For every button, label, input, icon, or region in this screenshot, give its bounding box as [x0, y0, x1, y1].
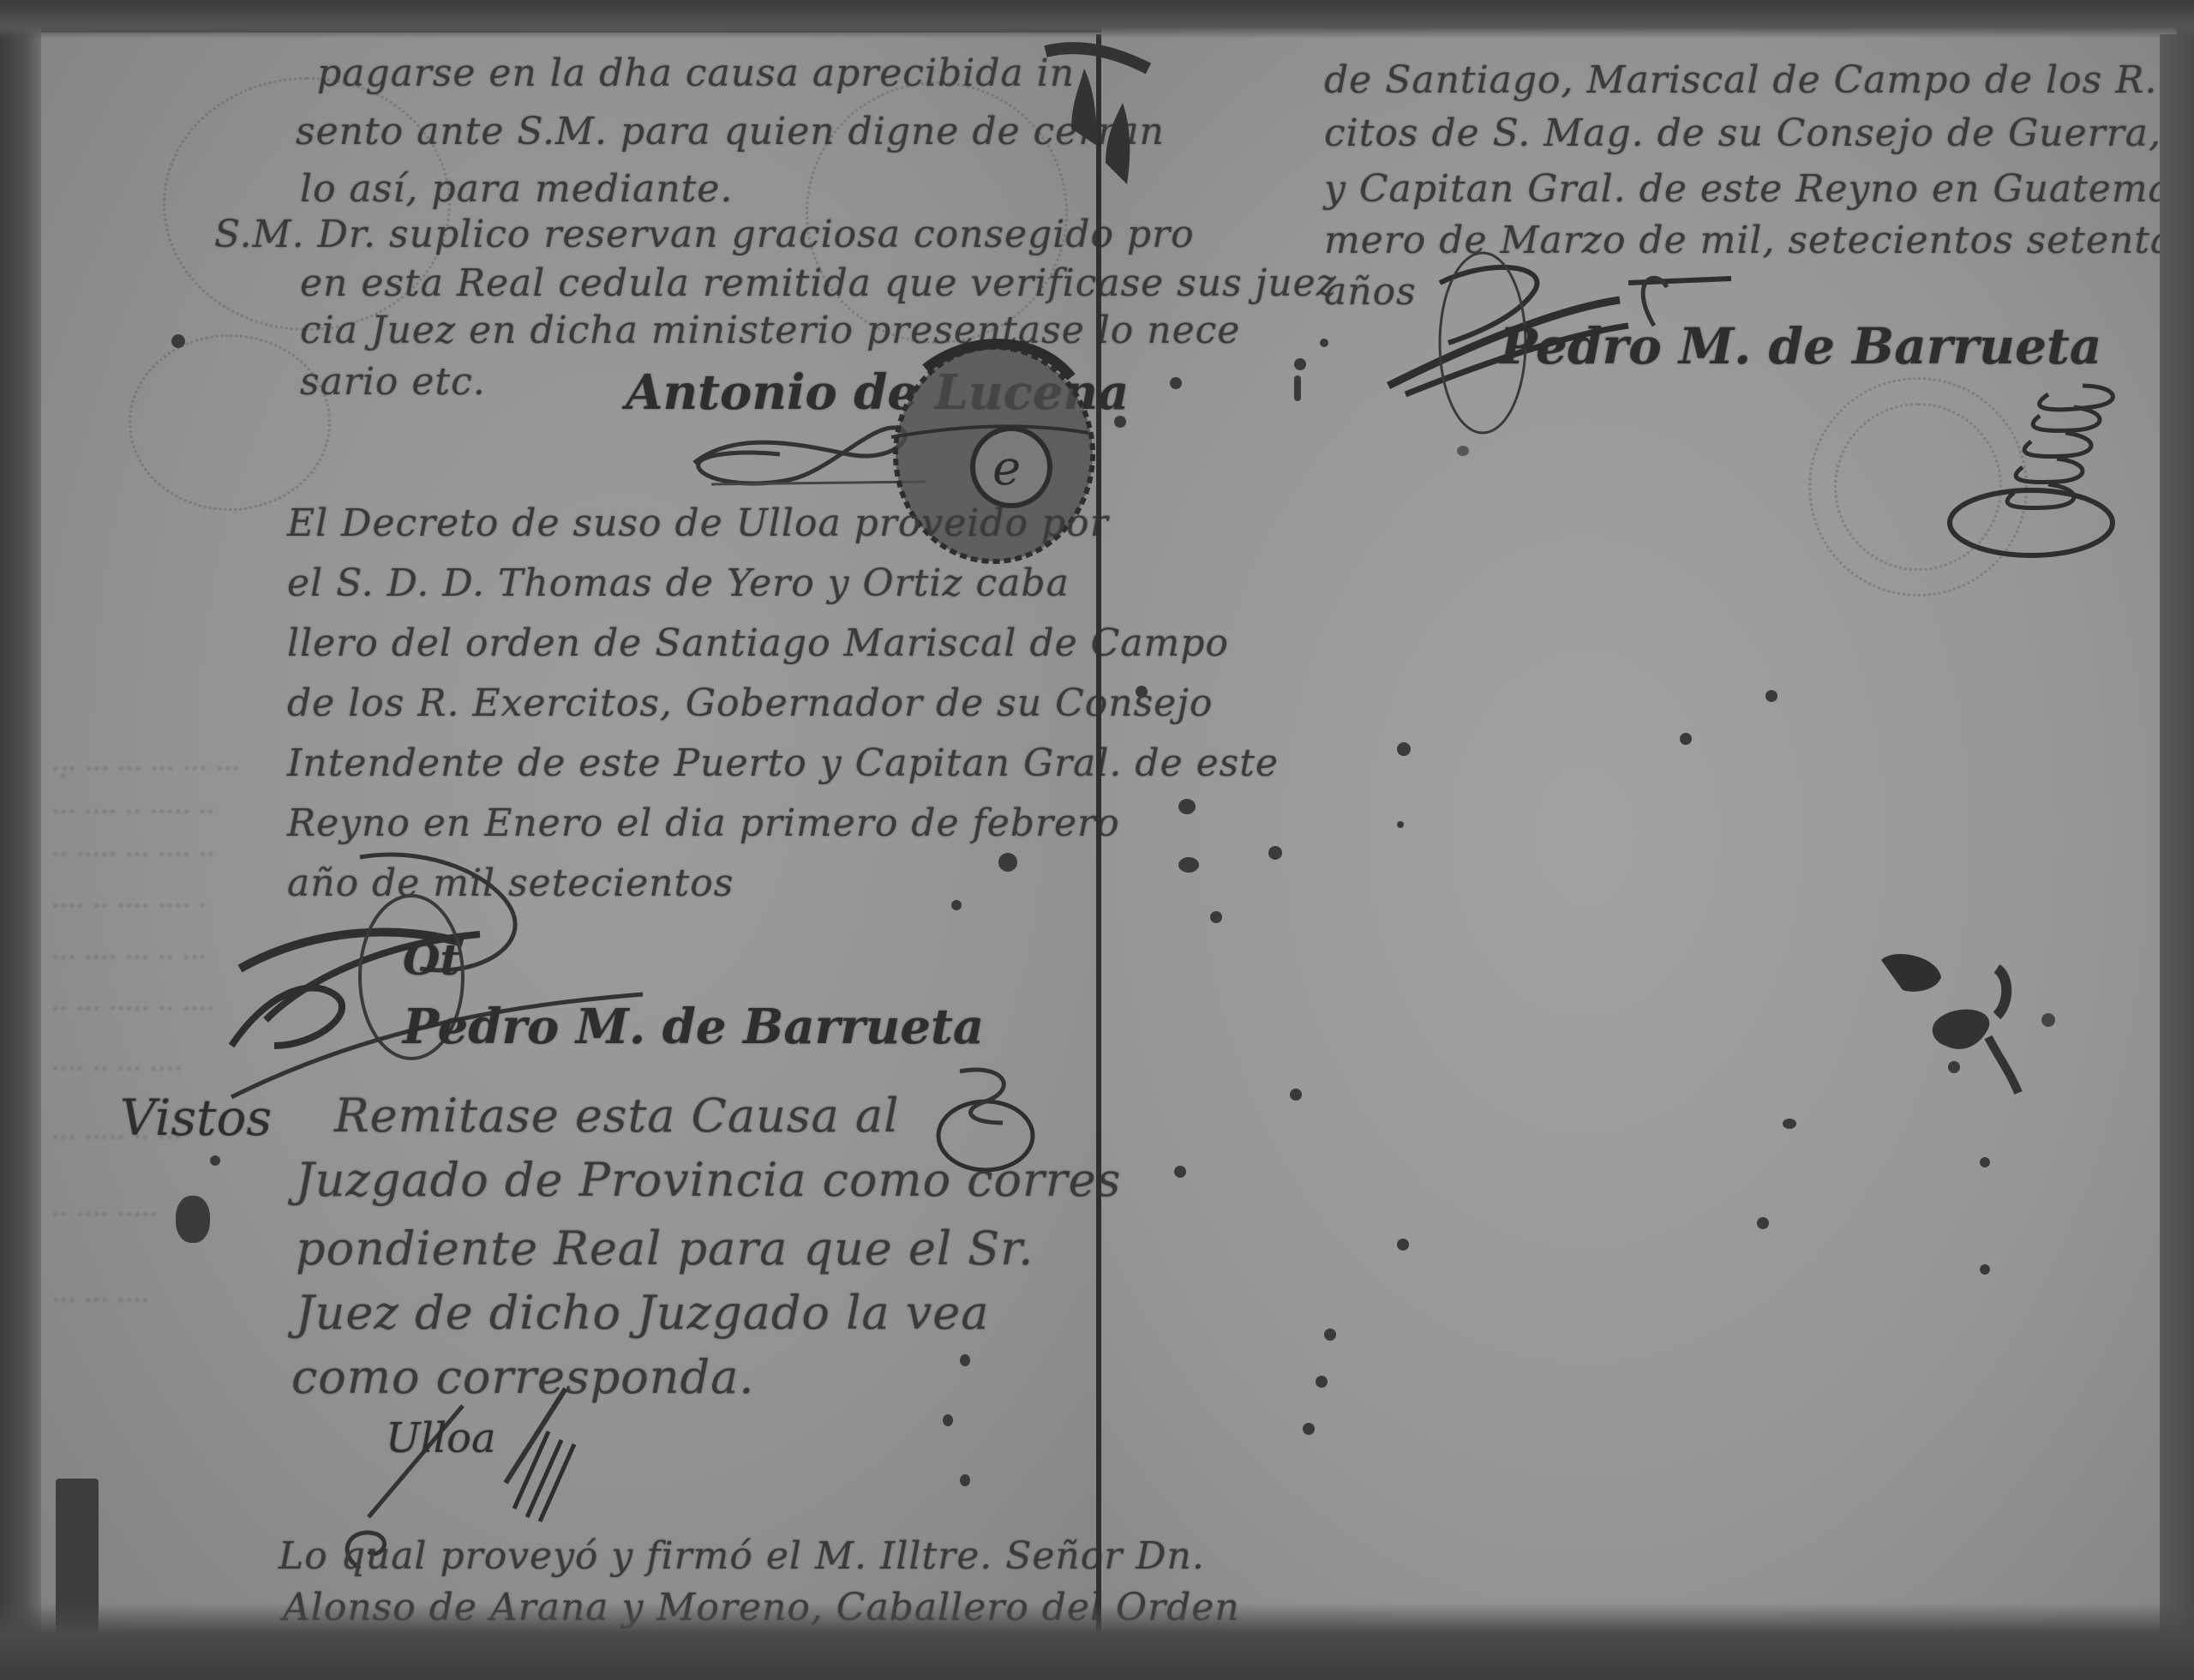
ink-spot	[960, 1474, 970, 1486]
signature-mark: Ot	[403, 934, 460, 985]
bleed-through-text: ·:· ··· ··· ··· ··· ···	[51, 754, 240, 784]
text-line: citos de S. Mag. de su Consejo de Guerra…	[1324, 111, 2194, 155]
text-line: Intendente de este Puerto y Capitan Gral…	[287, 741, 1279, 785]
book-edge-left	[0, 0, 41, 1680]
text-line: Lo qual proveyó y firmó el M. Illtre. Se…	[279, 1534, 1205, 1578]
ink-spot	[1178, 799, 1196, 814]
ink-spot	[960, 1354, 970, 1366]
text-line: Reyno en Enero el dia primero de febrero	[287, 801, 1120, 845]
bleed-through-text: ···· ·· ··· ····	[51, 1054, 183, 1084]
ink-spot	[1114, 416, 1126, 428]
text-line: y Capitan Gral. de este Reyno en Guatema…	[1324, 167, 2194, 211]
top-shadow	[0, 0, 2194, 39]
text-line: en esta Real cedula remitida que verific…	[300, 261, 1337, 305]
signature-pedro-right: Pedro M. de Barrueta	[1500, 317, 2101, 375]
ink-spot	[1757, 1217, 1769, 1229]
ink-spot	[1680, 733, 1692, 745]
ink-spot	[1397, 821, 1404, 828]
ink-spot	[1210, 911, 1222, 923]
bleed-through-text: ··· ···· ··· ·· ···	[51, 943, 207, 973]
ink-spot	[1457, 446, 1469, 456]
ink-spot	[1980, 1157, 1990, 1167]
ink-spot	[943, 1414, 953, 1426]
text-line: el S. D. D. Thomas de Yero y Ortiz caba	[287, 561, 1070, 605]
text-line: pondiente Real para que el Sr.	[296, 1221, 1034, 1275]
ink-spot	[1765, 690, 1777, 702]
text-line: pagarse en la dha causa aprecibida in	[317, 51, 1075, 95]
text-line: lo así, para mediante.	[300, 167, 733, 211]
ink-spot	[210, 1155, 220, 1166]
text-line: sento ante S.M. para quien digne de cerr…	[296, 110, 1165, 153]
text-line: sario etc.	[300, 360, 486, 404]
signature-ulloa: Ulloa	[386, 1414, 496, 1462]
text-line: llero del orden de Santiago Mariscal de …	[287, 621, 1229, 665]
text-line: Juez de dicho Juzgado la vea	[296, 1286, 989, 1340]
svg-text:e: e	[992, 441, 1021, 496]
ink-spot	[1980, 1264, 1990, 1275]
ink-spot	[1320, 339, 1328, 347]
ink-spot	[1294, 358, 1306, 370]
bleed-through-text: ·· ··· ····· ·· ····	[51, 994, 215, 1024]
ink-spot	[1170, 377, 1182, 389]
bottom-shadow	[0, 1603, 2194, 1680]
ink-spot	[1397, 742, 1411, 756]
ink-blot-icon	[1868, 943, 2040, 1097]
ink-spot	[1174, 1166, 1186, 1178]
ink-spot	[1136, 686, 1148, 698]
rubric-flourish-icon	[214, 849, 728, 1123]
fold-ink-smudge-icon	[1046, 17, 1148, 189]
ink-spot	[1324, 1329, 1336, 1341]
bleed-through-text: ·· ···· ·····	[51, 1200, 158, 1230]
text-line: S.M. Dr. suplico reservan graciosa conse…	[214, 213, 1195, 256]
text-line: Juzgado de Provincia como corres	[296, 1153, 1121, 1207]
text-line: de los R. Exercitos, Gobernador de su Co…	[287, 681, 1213, 725]
ink-spot	[171, 334, 185, 348]
page-fold	[1096, 34, 1101, 1646]
bleed-through-text: ··· ··· ····	[51, 1286, 149, 1316]
ink-spot	[1290, 1089, 1302, 1101]
book-edge-right	[2160, 34, 2194, 1646]
ink-spot	[1397, 1239, 1409, 1251]
ink-spot	[1316, 1376, 1328, 1388]
ink-spot	[998, 853, 1017, 872]
ink-spot	[1294, 375, 1301, 401]
heading-vistos: Vistos	[120, 1089, 272, 1147]
spiral-paraph-icon	[1928, 369, 2143, 574]
ink-spot	[951, 900, 962, 910]
ink-blot	[176, 1196, 210, 1243]
text-line: Remitase esta Causa al	[334, 1089, 899, 1143]
bleed-through-text: ··· ···· ·· ····· ··	[51, 797, 215, 827]
text-line: de Santiago, Mariscal de Campo de los R.…	[1324, 58, 2194, 102]
bleed-through-text: ·· ····· ··· ···· ··	[51, 840, 215, 870]
ink-spot	[1783, 1119, 1796, 1129]
ink-spot	[1303, 1423, 1315, 1435]
ink-spot	[1178, 857, 1199, 873]
bleed-through-text: ···· ·· ···· ···· ·	[51, 891, 207, 921]
text-line: El Decreto de suso de Ulloa proveido por	[287, 501, 1109, 545]
signature-pedro-left: Pedro M. de Barrueta	[403, 999, 984, 1055]
ink-spot	[1268, 846, 1282, 860]
